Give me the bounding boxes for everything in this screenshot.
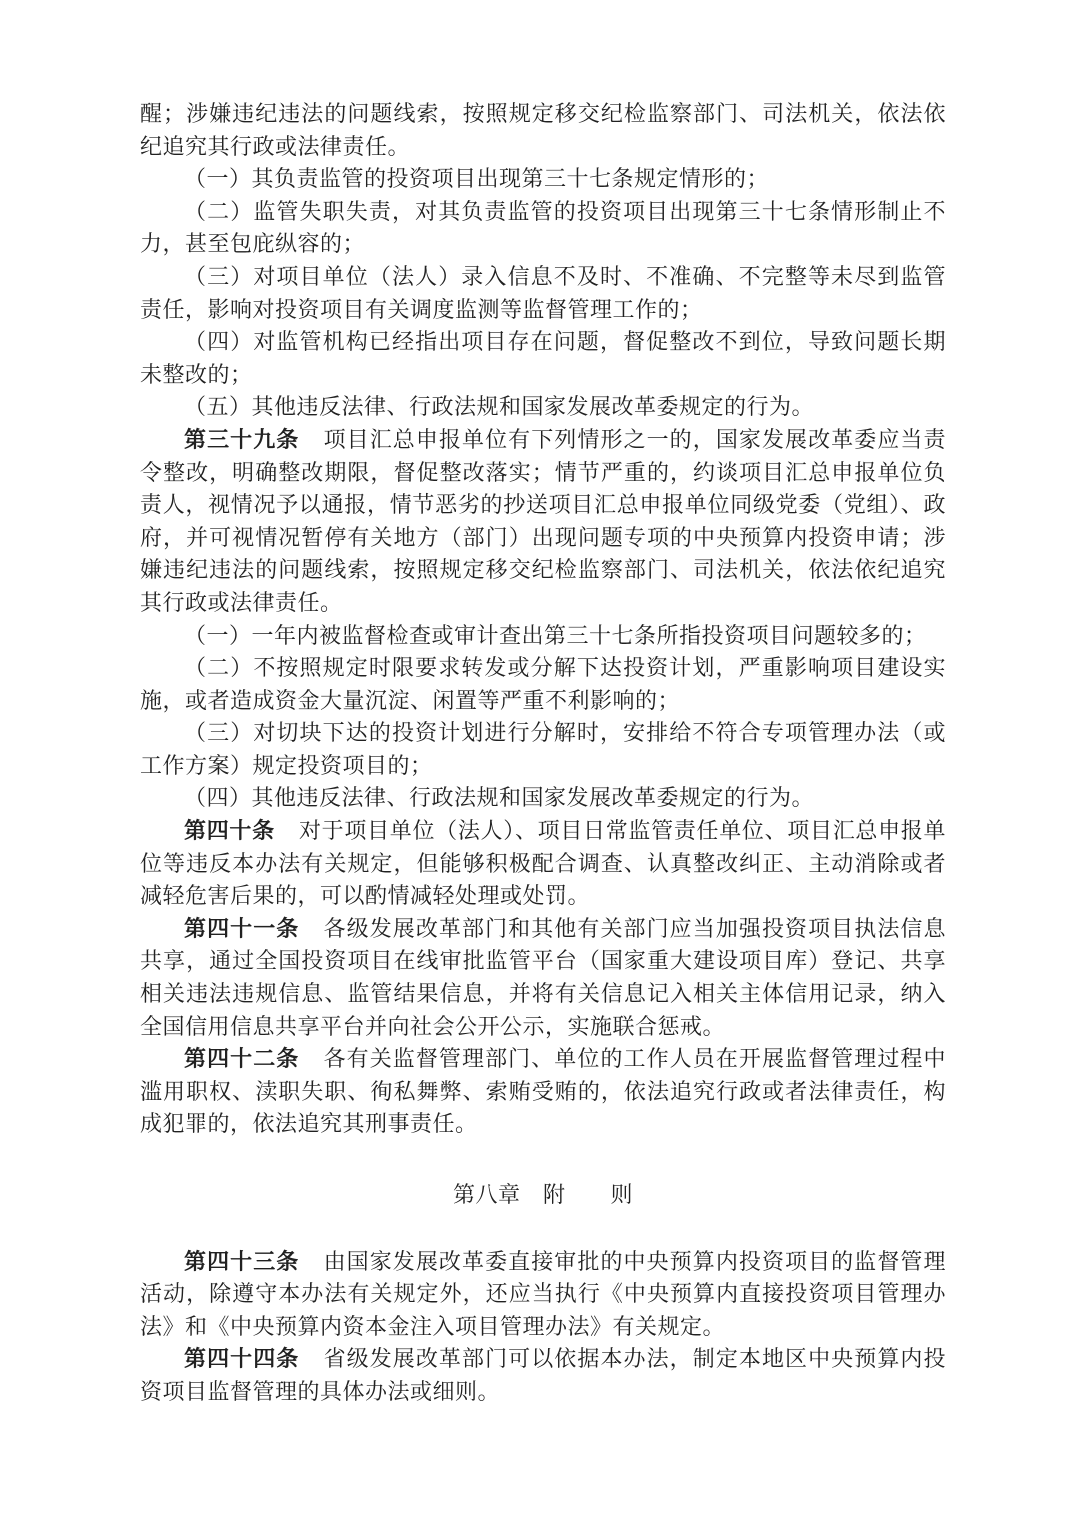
legal-document-page: 醒；涉嫌违纪违法的问题线索，按照规定移交纪检监察部门、司法机关，依法依纪追究其行…	[0, 0, 1074, 1520]
paragraph-text: 第八章 附 则	[453, 1182, 633, 1207]
paragraph: （五）其他违反法律、行政法规和国家发展改革委规定的行为。	[140, 391, 946, 424]
paragraph: （三）对项目单位（法人）录入信息不及时、不准确、不完整等未尽到监管责任，影响对投…	[140, 261, 946, 326]
article-number: 第三十九条	[184, 427, 299, 452]
paragraph: 第四十一条各级发展改革部门和其他有关部门应当加强投资项目执法信息共享，通过全国投…	[140, 913, 946, 1043]
paragraph-list: 醒；涉嫌违纪违法的问题线索，按照规定移交纪检监察部门、司法机关，依法依纪追究其行…	[140, 98, 946, 1409]
paragraph-text: （四）其他违反法律、行政法规和国家发展改革委规定的行为。	[184, 785, 814, 810]
paragraph-text: （二）不按照规定时限要求转发或分解下达投资计划，严重影响项目建设实施，或者造成资…	[140, 655, 946, 713]
document-text-block: 醒；涉嫌违纪违法的问题线索，按照规定移交纪检监察部门、司法机关，依法依纪追究其行…	[140, 98, 946, 1409]
paragraph: （二）不按照规定时限要求转发或分解下达投资计划，严重影响项目建设实施，或者造成资…	[140, 652, 946, 717]
paragraph: 第四十三条由国家发展改革委直接审批的中央预算内投资项目的监督管理活动，除遵守本办…	[140, 1246, 946, 1344]
article-number: 第四十二条	[184, 1046, 299, 1071]
paragraph: 第三十九条项目汇总申报单位有下列情形之一的，国家发展改革委应当责令整改，明确整改…	[140, 424, 946, 620]
paragraph: （四）其他违反法律、行政法规和国家发展改革委规定的行为。	[140, 782, 946, 815]
paragraph: （三）对切块下达的投资计划进行分解时，安排给不符合专项管理办法（或工作方案）规定…	[140, 717, 946, 782]
paragraph-text: （一）一年内被监督检查或审计查出第三十七条所指投资项目问题较多的；	[184, 623, 927, 648]
paragraph: （四）对监管机构已经指出项目存在问题，督促整改不到位，导致问题长期未整改的；	[140, 326, 946, 391]
paragraph: 第四十四条省级发展改革部门可以依据本办法，制定本地区中央预算内投资项目监督管理的…	[140, 1343, 946, 1408]
paragraph: （一）其负责监管的投资项目出现第三十七条规定情形的；	[140, 163, 946, 196]
paragraph-text: （五）其他违反法律、行政法规和国家发展改革委规定的行为。	[184, 394, 814, 419]
paragraph-text: （四）对监管机构已经指出项目存在问题，督促整改不到位，导致问题长期未整改的；	[140, 329, 946, 387]
paragraph: 第四十二条各有关监督管理部门、单位的工作人员在开展监督管理过程中滥用职权、渎职失…	[140, 1043, 946, 1141]
article-number: 第四十四条	[184, 1346, 299, 1371]
article-number: 第四十条	[184, 818, 275, 843]
chapter-heading: 第八章 附 则	[140, 1179, 946, 1212]
paragraph: （二）监管失职失责，对其负责监管的投资项目出现第三十七条情形制止不力，甚至包庇纵…	[140, 196, 946, 261]
paragraph-text: 项目汇总申报单位有下列情形之一的，国家发展改革委应当责令整改，明确整改期限，督促…	[140, 427, 946, 615]
paragraph-text: （三）对切块下达的投资计划进行分解时，安排给不符合专项管理办法（或工作方案）规定…	[140, 720, 946, 778]
paragraph: 醒；涉嫌违纪违法的问题线索，按照规定移交纪检监察部门、司法机关，依法依纪追究其行…	[140, 98, 946, 163]
paragraph-text: （三）对项目单位（法人）录入信息不及时、不准确、不完整等未尽到监管责任，影响对投…	[140, 264, 946, 322]
paragraph: （一）一年内被监督检查或审计查出第三十七条所指投资项目问题较多的；	[140, 620, 946, 653]
paragraph-text: （一）其负责监管的投资项目出现第三十七条规定情形的；	[184, 166, 769, 191]
paragraph-text: （二）监管失职失责，对其负责监管的投资项目出现第三十七条情形制止不力，甚至包庇纵…	[140, 199, 946, 257]
article-number: 第四十一条	[184, 916, 299, 941]
paragraph-text: 醒；涉嫌违纪违法的问题线索，按照规定移交纪检监察部门、司法机关，依法依纪追究其行…	[140, 101, 946, 159]
article-number: 第四十三条	[184, 1249, 299, 1274]
paragraph: 第四十条对于项目单位（法人）、项目日常监管责任单位、项目汇总申报单位等违反本办法…	[140, 815, 946, 913]
